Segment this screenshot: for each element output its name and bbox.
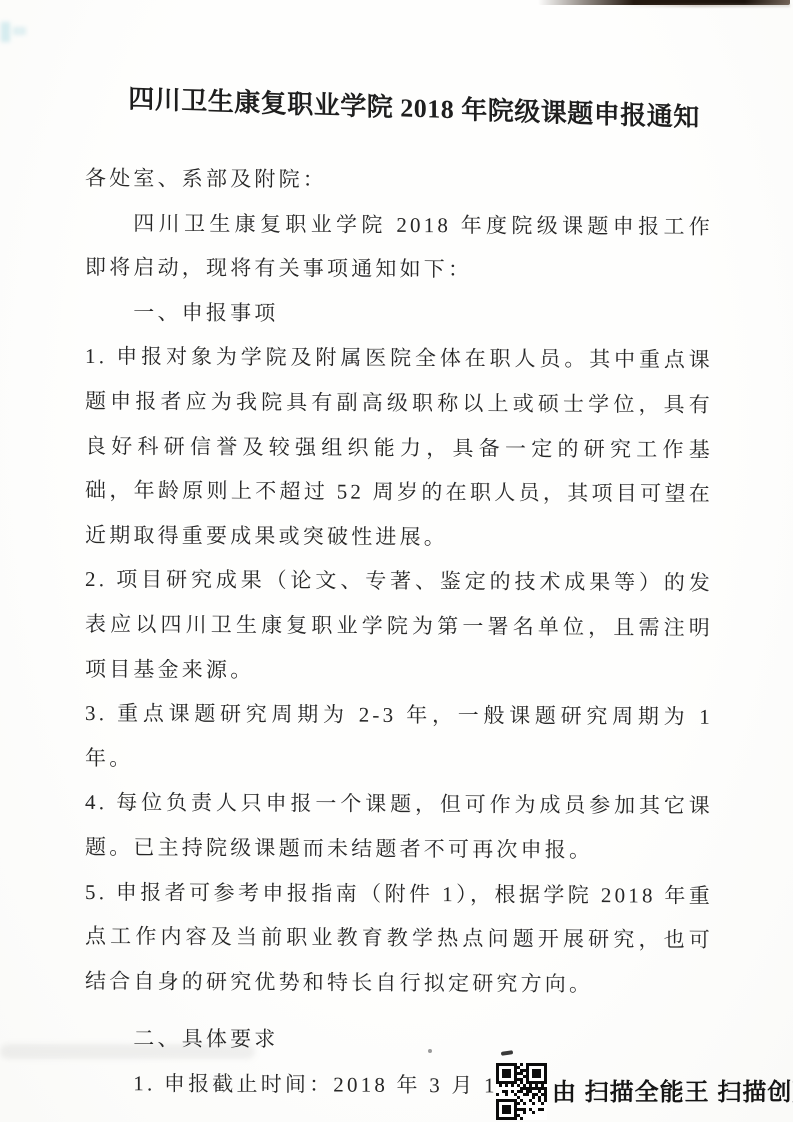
document-body: 各处室、系部及附院： 四川卫生康复职业学院 2018 年度院级课题申报工作即将启… — [85, 156, 713, 1109]
section-1-item-4: 4. 每位负责人只申报一个课题，但可作为成员参加其它课题。已主持院级课题而未结题… — [85, 780, 713, 873]
document-title: 四川卫生康复职业学院 2018 年院级课题申报通知 — [118, 78, 710, 135]
scan-artifact-top-edge-shadow — [620, 4, 790, 7]
section-1-item-1: 1. 申报对象为学院及附属医院全体在职人员。其中重点课题申报者应为我院具有副高级… — [85, 334, 713, 561]
scanned-document-page: 四川卫生康复职业学院 2018 年院级课题申报通知 各处室、系部及附院： 四川卫… — [0, 0, 793, 1122]
intro-paragraph: 四川卫生康复职业学院 2018 年度院级课题申报工作即将启动，现将有关事项通知如… — [85, 201, 713, 294]
scan-artifact-smudge — [1, 22, 10, 42]
scan-artifact-smudge — [13, 27, 26, 35]
section-1-item-2: 2. 项目研究成果（论文、专著、鉴定的技术成果等）的发表应以四川卫生康复职业学院… — [85, 557, 713, 695]
section-1-item-3: 3. 重点课题研究周期为 2-3 年，一般课题研究周期为 1 年。 — [85, 691, 713, 784]
qr-code-icon — [496, 1063, 547, 1120]
section-1-heading: 一、申报事项 — [85, 290, 713, 338]
salutation: 各处室、系部及附院： — [85, 156, 713, 204]
camscanner-caption: 由 扫描全能王 扫描创建 — [552, 1072, 793, 1107]
section-2-heading: 二、具体要求 — [85, 1016, 713, 1064]
section-1-item-5: 5. 申报者可参考申报指南（附件 1），根据学院 2018 年重点工作内容及当前… — [85, 870, 713, 1008]
